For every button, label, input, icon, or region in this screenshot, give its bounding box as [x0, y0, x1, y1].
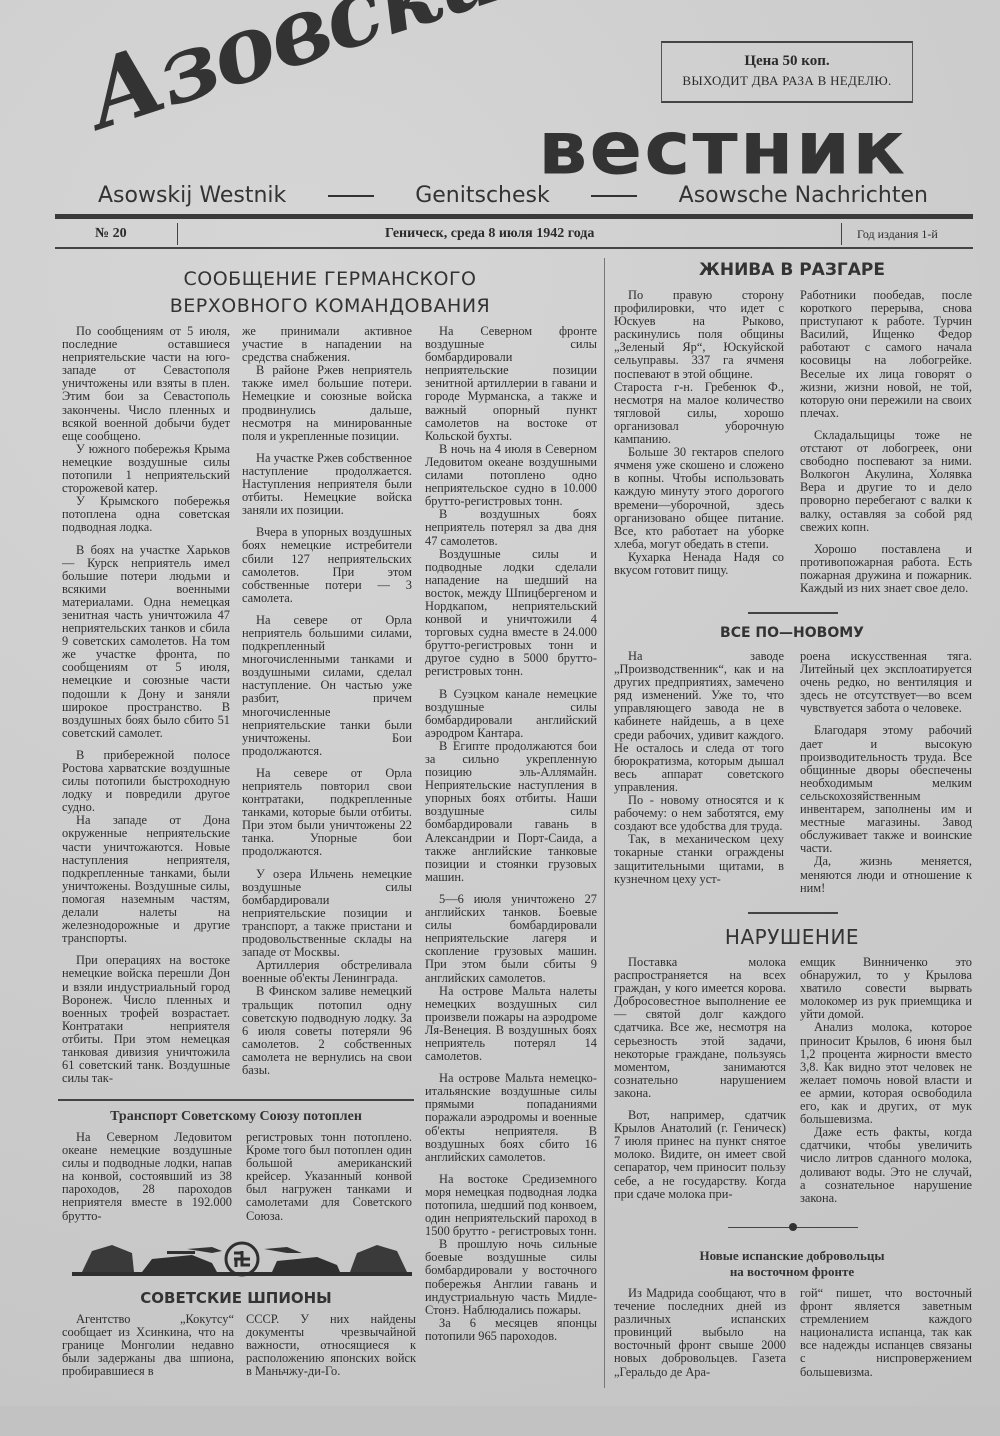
subtitle-german: Asowsche Nachrichten	[679, 183, 928, 208]
scan-margin	[0, 1406, 1000, 1436]
command-headline-line1: СООБЩЕНИЕ ГЕРМАНСКОГО	[130, 266, 530, 293]
paragraph: На востоке Средиземного моря немецкая по…	[425, 1173, 597, 1238]
paragraph: В Финском заливе немецкий тральщик потоп…	[242, 985, 412, 1077]
paragraph: Хорошо поставлена и противопожарная рабо…	[800, 543, 972, 595]
new-way-column-1: На заводе „Производственник“, как и на д…	[614, 650, 784, 886]
paragraph: Благодаря этому рабочий дает и высокую п…	[800, 724, 972, 855]
command-headline: СООБЩЕНИЕ ГЕРМАНСКОГО ВЕРХОВНОГО КОМАНДО…	[130, 266, 530, 320]
paragraph: СССР. У них найдены документы чрезвычайн…	[246, 1313, 416, 1378]
subtitle-russian-translit: Asowskij Westnik	[98, 183, 286, 208]
paragraph: В Египте продолжаются бои за сильно укре…	[425, 740, 597, 884]
paragraph: На западе от Дона окруженные неприятельс…	[62, 814, 230, 945]
paragraph: Воздушные силы и подводные лодки сделали…	[425, 548, 597, 679]
paragraph: Вчера в упорных воздушных боях немецкие …	[242, 526, 412, 605]
new-way-headline: ВСЕ ПО—НОВОМУ	[612, 625, 972, 641]
spies-column-1: Агентство „Кокутсу“ сообщает из Хсинкина…	[62, 1313, 234, 1378]
paragraph: Так, в механическом цеху токарные станки…	[614, 833, 784, 885]
ornament-dot	[789, 1223, 797, 1231]
transport-headline: Транспорт Советскому Союзу потоплен	[60, 1109, 412, 1125]
subtitle-city: Genitschesk	[415, 183, 550, 208]
paragraph: У южного побережья Крыма немецкие воздуш…	[62, 443, 230, 495]
decorative-banner	[72, 1241, 412, 1277]
paragraph: На Северном Ледовитом океане немецкие во…	[62, 1131, 232, 1223]
paragraph: Анализ молока, которое приносит Крылов, …	[800, 1021, 972, 1126]
paragraph: На севере от Орла неприятель повторил св…	[242, 767, 412, 859]
section-rule	[748, 912, 838, 914]
paragraph: Староста г-н. Гребенюк Ф., несмотря на м…	[614, 381, 784, 446]
command-column-1: По сообщениям от 5 июля, последние остав…	[62, 325, 230, 1085]
paragraph: В прибережной полосе Ростова харватские …	[62, 749, 230, 814]
paragraph: Из Мадрида сообщают, что в течение после…	[614, 1287, 786, 1379]
paragraph: Да, жизнь меняется, меняются люди и отно…	[800, 855, 972, 894]
paragraph: Вот, например, сдатчик Крылов Анатолий (…	[614, 1109, 786, 1201]
dateline-bar: № 20 Геническ, среда 8 июля 1942 года Го…	[55, 222, 973, 246]
paragraph: По сообщениям от 5 июля, последние остав…	[62, 325, 230, 443]
paragraph: В ночь на 4 июля в Северном Ледовитом ок…	[425, 443, 597, 508]
command-column-3: На Северном фронте воздушные силы бомбар…	[425, 325, 597, 1343]
paragraph: Больше 30 гектаров спелого ячменя уже ск…	[614, 446, 784, 551]
masthead-rule-top	[55, 214, 973, 219]
masthead-subtitle: Asowskij Westnik Genitschesk Asowsche Na…	[98, 183, 928, 208]
paragraph: По - новому относятся и к рабочему: о не…	[614, 794, 784, 833]
paragraph: Поставка молока распространяется на всех…	[614, 956, 786, 1100]
paragraph: Агентство „Кокутсу“ сообщает из Хсинкина…	[62, 1313, 234, 1378]
violation-headline: НАРУШЕНИЕ	[612, 925, 972, 949]
spanish-headline: Новые испанские добровольцы на восточном…	[612, 1248, 972, 1280]
issue-number: № 20	[95, 226, 127, 242]
paragraph: На острове Мальта немецко-итальянские во…	[425, 1072, 597, 1164]
dash-divider	[591, 195, 637, 197]
dateline-divider	[841, 223, 842, 245]
spanish-column-1: Из Мадрида сообщают, что в течение после…	[614, 1287, 786, 1379]
transport-column-2: регистровых тонн потоплено. Кроме того б…	[246, 1131, 412, 1223]
paragraph: На Северном фронте воздушные силы бомбар…	[425, 325, 597, 443]
paragraph: Артиллерия обстреливала военные об'екты …	[242, 959, 412, 985]
paragraph: Даже есть факты, когда сдатчики, чтобы у…	[800, 1126, 972, 1205]
new-way-column-2: роена искусственная тяга. Литейный цех э…	[800, 650, 972, 895]
paragraph: Работники пообедав, после короткого пере…	[800, 289, 972, 420]
masthead-title-block: вестник	[538, 106, 907, 192]
violation-column-2: емщик Винниченко это обнаружил, то у Кры…	[800, 956, 972, 1205]
paragraph: У озера Ильчень немецкие воздушные силы …	[242, 868, 412, 960]
paragraph: В воздушных боях неприятель потерял за д…	[425, 508, 597, 547]
spies-headline: СОВЕТСКИЕ ШПИОНЫ	[60, 1289, 412, 1307]
spanish-column-2: гой“ пишет, что восточный фронт является…	[800, 1287, 972, 1379]
spies-column-2: СССР. У них найдены документы чрезвычайн…	[246, 1313, 416, 1378]
price-box: Цена 50 коп. ВЫХОДИТ ДВА РАЗА В НЕДЕЛЮ.	[661, 41, 913, 103]
spanish-headline-line2: на восточном фронте	[612, 1264, 972, 1280]
command-headline-line2: ВЕРХОВНОГО КОМАНДОВАНИЯ	[130, 293, 530, 320]
paragraph: регистровых тонн потоплено. Кроме того б…	[246, 1131, 412, 1223]
tanks-and-planes-illustration	[72, 1241, 412, 1277]
paragraph: В Суэцком канале немецкие воздушные силы…	[425, 688, 597, 740]
paragraph: На заводе „Производственник“, как и на д…	[614, 650, 784, 794]
paragraph: В боях на участке Харьков — Курск неприя…	[62, 544, 230, 740]
paragraph: Кухарка Ненада Надя со вкусом готовит пи…	[614, 551, 784, 577]
paragraph: роена искусственная тяга. Литейный цех э…	[800, 650, 972, 715]
masthead-rule-bottom	[55, 247, 973, 249]
publication-year: Год издания 1-й	[857, 227, 938, 242]
section-rule	[748, 612, 838, 614]
paragraph: Складальщицы тоже не отстают от лобогрее…	[800, 429, 972, 534]
paragraph: За 6 месяцев японцы потопили 965 пароход…	[425, 1317, 597, 1343]
harvest-column-1: По правую сторону профилировки, что идет…	[614, 289, 784, 577]
paragraph: емщик Винниченко это обнаружил, то у Кры…	[800, 956, 972, 1021]
harvest-column-2: Работники пообедав, после короткого пере…	[800, 289, 972, 595]
price-label: Цена 50 коп.	[662, 53, 912, 70]
paragraph: 5—6 июля уничтожено 27 английских танков…	[425, 893, 597, 985]
frequency-label: ВЫХОДИТ ДВА РАЗА В НЕДЕЛЮ.	[662, 73, 912, 89]
dateline-divider	[177, 223, 178, 245]
spanish-headline-line1: Новые испанские добровольцы	[612, 1248, 972, 1264]
dash-divider	[328, 195, 374, 197]
violation-column-1: Поставка молока распространяется на всех…	[614, 956, 786, 1201]
paragraph: В районе Ржев неприятель также имел боль…	[242, 364, 412, 443]
paragraph: На участке Ржев собственное наступление …	[242, 452, 412, 517]
command-column-2: же принимали активное участие в нападени…	[242, 325, 412, 1077]
paragraph: В прошлую ночь сильные боевые воздушные …	[425, 1238, 597, 1317]
transport-column-1: На Северном Ледовитом океане немецкие во…	[62, 1131, 232, 1223]
issue-date: Геническ, среда 8 июля 1942 года	[385, 226, 594, 242]
paragraph: При операциях на востоке немецкие войска…	[62, 954, 230, 1085]
column-divider	[604, 258, 605, 1388]
paragraph: же принимали активное участие в нападени…	[242, 325, 412, 364]
paragraph: По правую сторону профилировки, что идет…	[614, 289, 784, 381]
paragraph: На острове Мальта налеты немецких воздуш…	[425, 985, 597, 1064]
paragraph: гой“ пишет, что восточный фронт является…	[800, 1287, 972, 1379]
harvest-headline: ЖНИВА В РАЗГАРЕ	[612, 260, 972, 280]
paragraph: У Крымского побережья потоплена одна сов…	[62, 495, 230, 534]
paragraph: На севере от Орла неприятель большими си…	[242, 614, 412, 758]
section-rule	[58, 1099, 414, 1101]
